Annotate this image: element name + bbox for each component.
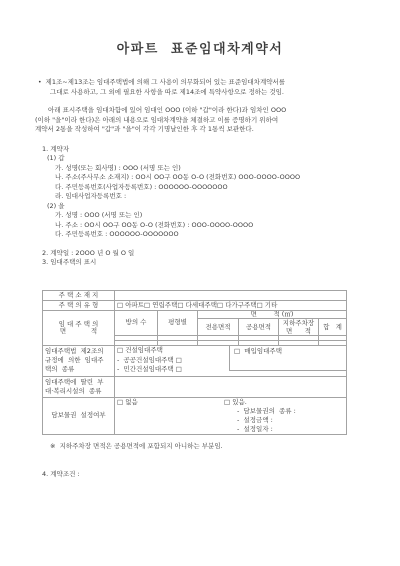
rental-housing-table: 주 택 소 재 지 주 택 의 유 형 □ 아파트□ 연립주택□ 다세대주택□ … (42, 290, 347, 436)
section-1-heading: 1. 계약자 (35, 145, 380, 155)
party-detail-line: 라. 임대사업자등록번호 : (35, 192, 380, 202)
notice-line: •제1조~제13조는 임대주택법에 의해 그 사용이 의무화되어 있는 표준임대… (35, 78, 380, 88)
party-gap-label: (1) 갑 (35, 154, 380, 164)
collateral-exists-checkbox[interactable]: □ 있음. (224, 398, 247, 406)
document-page: 아파트 표준임대차계약서 •제1조~제13조는 임대주택법에 의해 그 사용이 … (0, 0, 400, 566)
total-area-header: 합 계 (319, 318, 347, 335)
common-area-header: 공용면적 (239, 318, 279, 335)
address-label: 주 택 소 재 지 (43, 290, 115, 300)
notice-paragraph: •제1조~제13조는 임대주택법에 의해 그 사용이 의무화되어 있는 표준임대… (35, 78, 380, 97)
housing-type-checkbox[interactable]: □ 아파트 (117, 301, 144, 309)
parking-area-footnote: ※ 지하주차장 면적은 공용면적에 포함되지 아니하는 부분임. (35, 442, 380, 452)
section-2-contract-date: 2. 계약일 : 2OOO 년 O 월 O 일 (35, 249, 380, 259)
housing-type-checkbox[interactable]: □ 기타 (257, 301, 278, 309)
section-4-heading: 4. 계약조건 : (35, 470, 380, 480)
housing-type-label: 주 택 의 유 형 (43, 300, 115, 310)
party-detail-line: 가. 성명 : OOO (서명 또는 인) (35, 211, 380, 221)
party-detail-line: 가. 성명(또는 회사명) : OOO (서명 또는 인) (35, 164, 380, 174)
facilities-label: 임대주택에 딸린 부대·복리시설의 종류 (43, 376, 115, 397)
collateral-detail-line: - 설정금액 : (237, 416, 344, 425)
party-detail-line: 나. 주소 : OO시 OO구 OO동 O-O (전화번호) : OOO-OOO… (35, 221, 380, 231)
purchase-rental-checkbox[interactable]: □ 매입임대주택 (229, 346, 346, 371)
collateral-options-line: □ 없음□ 있음. (117, 398, 344, 407)
notice-line-2: 그대로 사용하고, 그 외에 필요한 사항을 따로 제14조에 특약사항으로 정… (35, 88, 380, 98)
rooms-count-header: 방의 수 (115, 310, 158, 335)
rental-kind-cell: □ 건설임대주택 - 공공건설임대주택 □ - 민간건설임대주택 □ □ 매입임… (115, 345, 347, 376)
rental-kind-label-line: 규정에 의한 임대주 (45, 356, 112, 365)
exclusive-area-header: 전용면적 (198, 318, 239, 335)
bullet-icon: • (38, 79, 42, 86)
collateral-label: 담보물권 설정여부 (43, 397, 115, 435)
pyeong-type-header: 평형별 (158, 310, 198, 335)
parking-area-header: 지하주차장면 적 (279, 318, 319, 335)
preamble-paragraph: 아래 표시주택을 임대차함에 있어 임대인 OOO (이하 "갑"이라 한다)과… (35, 106, 380, 135)
section-3-heading: 3. 임대주택의 표시 (35, 258, 380, 268)
party-gap-lines: 가. 성명(또는 회사명) : OOO (서명 또는 인)나. 주소(주사무소 … (35, 164, 380, 202)
area-label: 임 대 주 택 의면 적 (43, 310, 115, 345)
housing-type-checkbox[interactable]: □ 연립주택 (144, 301, 177, 309)
collateral-details: - 담보물권의 종류 :- 설정금액 :- 설정일자 : (237, 407, 344, 435)
preamble-line-2: (이하 "을"이라 한다)은 아래의 내용으로 임대차계약을 체결하고 이를 증… (35, 116, 380, 126)
party-eul-label: (2) 을 (35, 202, 380, 212)
collateral-none-checkbox[interactable]: □ 없음 (117, 398, 224, 407)
collateral-detail-line: - 설정일자 : (237, 425, 344, 434)
housing-type-checkbox[interactable]: □ 다세대주택 (177, 301, 217, 309)
section-contracting-parties: 1. 계약자 (1) 갑 가. 성명(또는 회사명) : OOO (서명 또는 … (35, 145, 380, 240)
collateral-detail-line: - 담보물권의 종류 : (237, 407, 344, 416)
address-value-cell[interactable] (115, 290, 347, 300)
preamble-line-3: 계약서 2통을 작성하여 "갑"과 "을"이 각각 기명날인한 후 각 1통씩 … (35, 125, 380, 135)
collateral-cell: □ 없음□ 있음. - 담보물권의 종류 :- 설정금액 :- 설정일자 : (115, 397, 347, 435)
page-title: 아파트 표준임대차계약서 (0, 42, 400, 58)
facilities-label-line: 임대주택에 딸린 부 (45, 378, 112, 387)
area-header: 면 적 (㎡) (198, 310, 347, 318)
party-detail-line: 나. 주소(주사무소 소재지) : OO시 OO구 OO동 O-O (전화번호)… (35, 173, 380, 183)
housing-type-checkbox[interactable]: □ 다가구주택 (217, 301, 257, 309)
housing-type-options: □ 아파트□ 연립주택□ 다세대주택□ 다가구주택□ 기타 (115, 300, 347, 310)
party-detail-line: 다. 주민등록번호 : OOOOOO-OOOOOOO (35, 230, 380, 240)
facilities-value-cell[interactable] (115, 376, 347, 397)
preamble-line-1: 아래 표시주택을 임대차함에 있어 임대인 OOO (이하 "갑"이라 한다)과… (35, 106, 380, 116)
rental-kind-label-line: 임대주택법 제2조의 (45, 347, 112, 356)
party-detail-line: 다. 주민등록번호(사업자등록번호) : OOOOOO-OOOOOOO (35, 183, 380, 193)
facilities-label-line: 대·복리시설의 종류 (45, 387, 112, 396)
notice-line-1: 제1조~제13조는 임대주택법에 의해 그 사용이 의무화되어 있는 표준임대차… (46, 78, 286, 86)
party-eul-lines: 가. 성명 : OOO (서명 또는 인)나. 주소 : OO시 OO구 OO동… (35, 211, 380, 240)
rental-kind-label: 임대주택법 제2조의규정에 의한 임대주택의 종류 (43, 345, 115, 376)
rental-kind-label-line: 택의 종류 (45, 365, 112, 374)
